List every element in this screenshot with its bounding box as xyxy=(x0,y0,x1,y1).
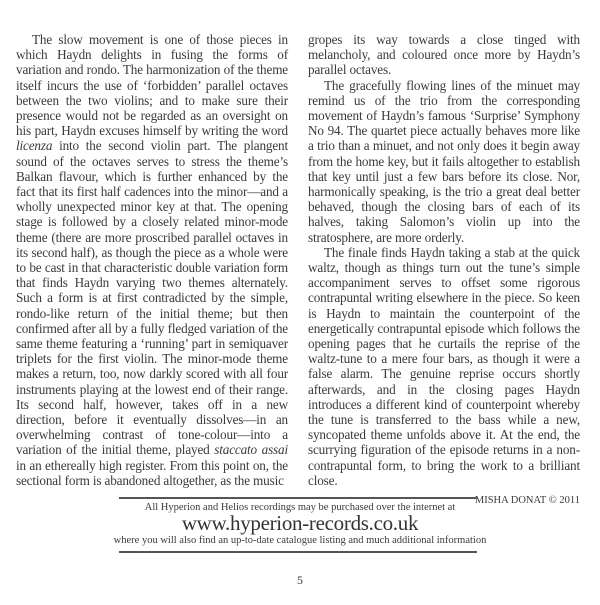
italic-term-staccato-assai: staccato assai xyxy=(214,442,288,457)
page-number: 5 xyxy=(0,573,600,588)
right-column: gropes its way towards a close tinged wi… xyxy=(308,32,580,508)
text-run: in an ethereally high register. From thi… xyxy=(16,458,288,488)
paragraph-minuet: The gracefully flowing lines of the minu… xyxy=(308,78,580,245)
italic-term-licenza: licenza xyxy=(16,138,52,153)
promo-text-catalogue: where you will also find an up-to-date c… xyxy=(100,535,500,546)
paragraph-slow-movement: The slow movement is one of those pieces… xyxy=(16,32,288,488)
text-run: The slow movement is one of those pieces… xyxy=(16,32,288,138)
promo-website-link[interactable]: www.hyperion-records.co.uk xyxy=(100,511,500,536)
divider-top xyxy=(119,497,477,499)
text-run: into the second violin part. The plangen… xyxy=(16,138,288,457)
divider-bottom xyxy=(119,551,477,553)
paragraph-finale: The finale finds Haydn taking a stab at … xyxy=(308,245,580,488)
paragraph-slow-movement-continued: gropes its way towards a close tinged wi… xyxy=(308,32,580,78)
left-column: The slow movement is one of those pieces… xyxy=(16,32,288,488)
